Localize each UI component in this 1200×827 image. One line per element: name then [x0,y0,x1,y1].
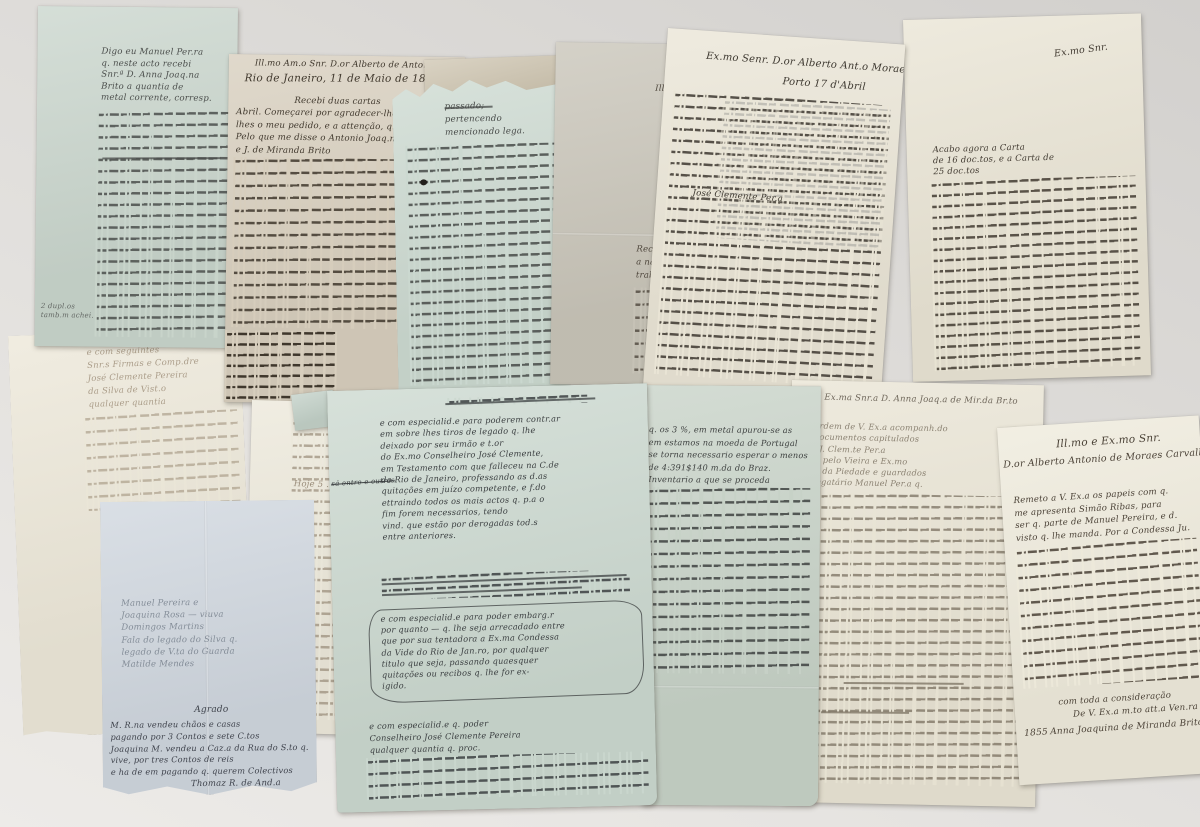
letter-addressee-line: Ill.mo Am.o Snr. D.or Alberto de Antonio… [255,58,449,71]
handwriting-fragments: Acabo agora a Carta de 16 doc.tos, e a C… [933,142,1055,178]
margin-note: 2 dupl.os tamb.m achei. [41,302,95,320]
handwriting-fragments: M. R.na vendeu chãos e casas pagando por… [110,718,309,779]
manuscript-sheet-torn-blue: passado; pertencendo mencionado lega. [392,76,571,400]
manuscript-sheet-receipt: Digo eu Manuel Per.ra q. neste acto rece… [34,6,238,348]
manuscript-sheet-bluegrey-note: Manuel Pereira e Joaquina Rosa — viuva D… [100,500,317,796]
handwriting-squiggles [405,143,560,386]
handwriting-fragments: e com seguintes Snr.s Firmas e Comp.dre … [86,343,200,412]
handwriting-fragments: Remeto a V. Ex.a os papeis com q. me apr… [1013,484,1190,545]
handwriting-line: Joaquina Rosa — viuva [121,609,237,622]
handwriting-fragments: Digo eu Manuel Per.ra q. neste acto rece… [101,47,212,106]
manuscript-sheet-remeto-letter: Ill.mo e Ex.mo Snr. D.or Alberto Antonio… [997,415,1200,785]
handwriting-line: mencionado lega. [445,126,525,141]
handwriting-line: em estamos na moeda de Portugal [649,436,809,450]
handwriting-fragments: de ordem de V. Ex.a acompanh.do de docum… [800,420,948,491]
letter-addressee-line: Ill.ma Ex.ma Snr.a D. Anna Joaq.a de Mir… [796,392,1018,407]
closing-lines: com toda a consideração De V. Ex.a m.to … [1058,688,1198,722]
strikethrough-mark [102,157,220,160]
handwriting-fragments: Recebi duas cartas Abril. Começarei por … [236,94,399,158]
pencil-annotations [713,98,890,249]
handwriting-line: se torna necessario esperar o menos [648,448,808,462]
handwriting-fragments: Manuel Pereira e Joaquina Rosa — viuva D… [121,597,238,671]
manuscript-sheet-green: q. os 3 %, em metal apurou-se as em esta… [638,385,821,806]
signature-line: Thomaz R. de And.a [191,778,281,789]
manuscript-sheet-right-letter: Ex.mo Snr. Acabo agora a Carta de 16 doc… [903,13,1151,382]
handwriting-line: metal corrente, corresp. [101,93,212,106]
letter-addressee-line: D.or Alberto Antonio de Moraes Carvalho [1003,447,1200,471]
handwriting-squiggles [1015,538,1200,689]
manuscript-sheet-draft-blue: e com especialid.e para poderem contr.ar… [327,383,657,813]
handwriting-line: de 4:391$140 m.da do Braz. [648,461,808,475]
letter-year: 1855 [1024,727,1048,738]
handwriting-squiggles [95,111,231,338]
section-label: Agrado [194,705,228,715]
handwriting-line: e J. de Miranda Brito [236,144,398,159]
handwriting-line: Inventario a que se proceda [648,473,808,487]
handwriting-line: Fala do legado do Silva q. [121,633,237,646]
handwriting-fragments: e com especialid.e q. poder Conselheiro … [369,716,521,756]
handwriting-line: e ha de em pagando q. querem Colectivos [111,765,309,779]
handwriting-line: Digo eu Manuel Per.ra [101,47,212,60]
handwriting-fragments: e com especialid.e para poder embarg.r p… [380,609,566,692]
fold-crease [639,685,819,689]
handwriting-squiggles [792,492,1030,787]
letter-dateline: Rio de Janeiro, 11 de Maio de 1855. [245,72,443,85]
photo-of-manuscript-letters: e com seguintes Snr.s Firmas e Comp.dre … [0,0,1200,827]
handwriting-squiggles [366,751,649,800]
corner-salutation: Ex.mo Snr. [1053,42,1108,60]
handwriting-fragments: e com especialid.e para poderem contr.ar… [380,413,563,543]
manuscript-sheet-porto-letter: Ex.mo Senr. D.or Alberto Ant.o Moraes Po… [643,28,906,406]
handwriting-squiggles [380,570,631,600]
handwriting-line: qualquer quantia q. proc. [370,740,522,756]
handwriting-line: q. os 3 %, em metal apurou-se as [649,423,809,437]
handwriting-fragments: q. os 3 %, em metal apurou-se as em esta… [648,423,808,487]
handwriting-line: Snr.ª D. Anna Joaq.na [101,70,212,83]
letter-addressee-line: Ex.mo Senr. D.or Alberto Ant.o Moraes [706,51,906,76]
letter-salutation: Ill.mo e Ex.mo Snr. [1056,432,1161,451]
letter-dateline: Porto 17 d'Abril [782,76,866,93]
handwriting-squiggles [83,409,241,511]
handwriting-line: legado de V.ta do Guarda [122,645,238,658]
handwriting-squiggles [930,176,1141,372]
handwriting-line: Matilde Mendes [122,658,238,671]
handwriting-squiggles [645,487,810,674]
